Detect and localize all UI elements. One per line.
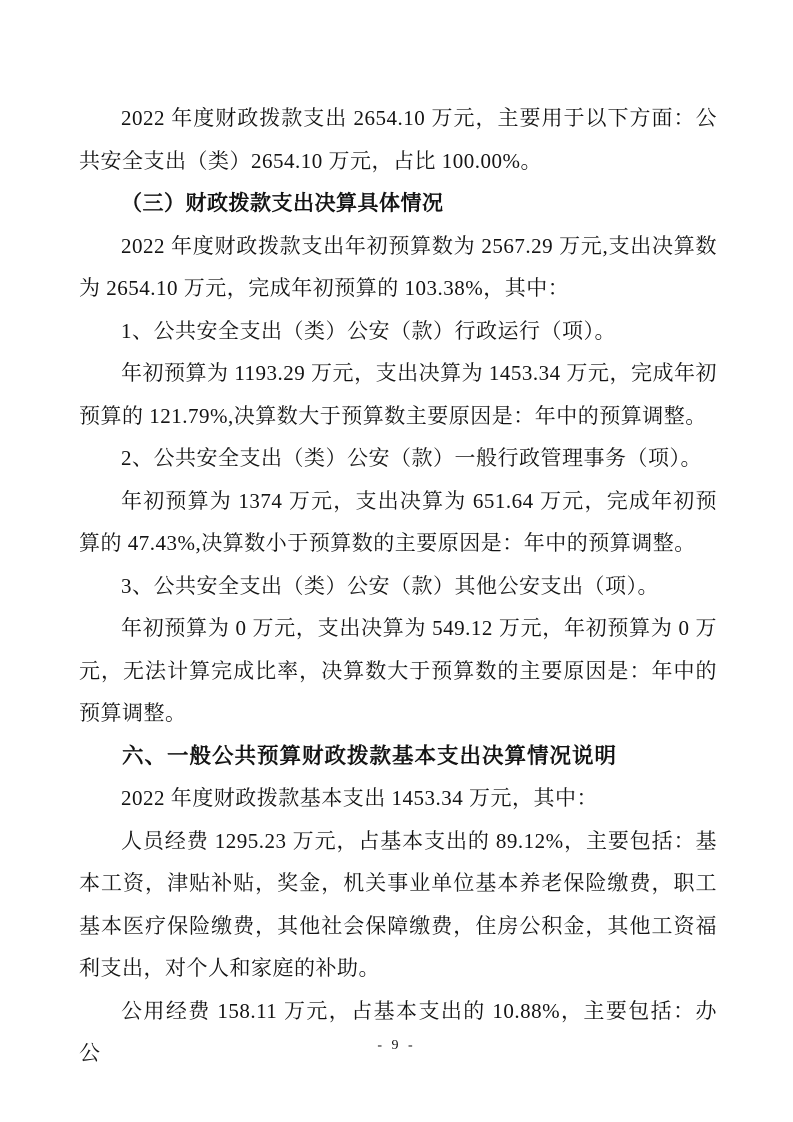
list-item-2-general-admin-affairs: 2、公共安全支出（类）公安（款）一般行政管理事务（项）。 (79, 437, 717, 480)
heading-expenditure-details: （三）财政拨款支出决算具体情况 (79, 182, 717, 225)
document-page: 2022 年度财政拨款支出 2654.10 万元，主要用于以下方面：公共安全支出… (79, 97, 717, 1075)
paragraph-personnel-expenses: 人员经费 1295.23 万元，占基本支出的 89.12%，主要包括：基本工资，… (79, 820, 717, 990)
paragraph-item-3-figures: 年初预算为 0 万元，支出决算为 549.12 万元，年初预算为 0 万元，无法… (79, 607, 717, 735)
paragraph-item-2-figures: 年初预算为 1374 万元，支出决算为 651.64 万元，完成年初预算的 47… (79, 480, 717, 565)
paragraph-budget-vs-final: 2022 年度财政拨款支出年初预算数为 2567.29 万元,支出决算数为 26… (79, 225, 717, 310)
paragraph-item-1-figures: 年初预算为 1193.29 万元，支出决算为 1453.34 万元，完成年初预算… (79, 352, 717, 437)
list-item-3-other-public-security: 3、公共安全支出（类）公安（款）其他公安支出（项）。 (79, 565, 717, 608)
paragraph-fiscal-expenditure-summary: 2022 年度财政拨款支出 2654.10 万元，主要用于以下方面：公共安全支出… (79, 97, 717, 182)
list-item-1-administrative-operation: 1、公共安全支出（类）公安（款）行政运行（项）。 (79, 310, 717, 353)
paragraph-public-expenses: 公用经费 158.11 万元，占基本支出的 10.88%，主要包括：办公 (79, 990, 717, 1075)
heading-basic-expenditure-section: 六、一般公共预算财政拨款基本支出决算情况说明 (79, 735, 717, 778)
paragraph-basic-expenditure-total: 2022 年度财政拨款基本支出 1453.34 万元，其中： (79, 777, 717, 820)
page-number: - 9 - (0, 1036, 793, 1056)
